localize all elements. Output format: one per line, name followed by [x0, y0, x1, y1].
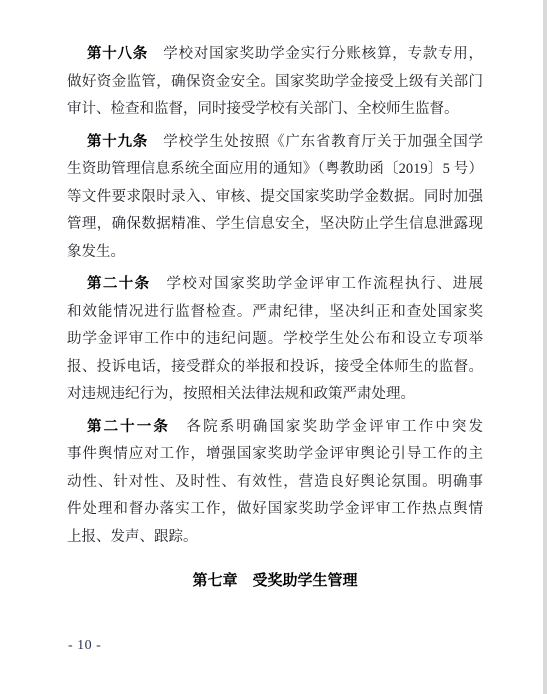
paragraph-article-21: 第二十一条 各院系明确国家奖助学金评审工作中突发 事件舆情应对工作，增强国家奖助…	[67, 414, 483, 552]
text-line: 象发生。	[67, 239, 483, 267]
chapter-heading: 第七章 受奖助学生管理	[67, 568, 483, 596]
text-line: 第二十一条 各院系明确国家奖助学金评审工作中突发	[67, 414, 483, 442]
text-line: 第十八条 学校对国家奖助学金实行分账核算，专款专用，	[67, 41, 483, 69]
text-run: 各院系明确国家奖助学金评审工作中突发	[170, 419, 483, 435]
text-run: 学校学生处按照《广东省教育厅关于加强全国学	[148, 134, 483, 150]
text-line: 做好资金监管，确保资金安全。国家奖助学金接受上级有关部门	[67, 69, 483, 97]
text-line: 等文件要求限时录入、审核、提交国家奖助学金数据。同时加强	[67, 184, 483, 212]
scan-edge-strip	[543, 0, 547, 694]
text-run: 学校对国家奖助学金评审工作流程执行、进展	[151, 276, 483, 292]
text-line: 上报、发声、跟踪。	[67, 524, 483, 552]
text-line: 助学金评审工作中的违纪问题。学校学生处公布和设立专项举	[67, 326, 483, 354]
text-line: 和效能情况进行监督检查。严肃纪律，坚决纠正和查处国家奖	[67, 299, 483, 327]
article-number: 第十八条	[87, 46, 148, 62]
document-body: 第十八条 学校对国家奖助学金实行分账核算，专款专用， 做好资金监管，确保资金安全…	[67, 41, 483, 596]
text-line: 生资助管理信息系统全面应用的通知》（粤教助函〔2019〕5 号）	[67, 156, 483, 184]
text-line: 管理，确保数据精准、学生信息安全，坚决防止学生信息泄露现	[67, 211, 483, 239]
text-run: 学校对国家奖助学金实行分账核算，专款专用，	[148, 46, 483, 62]
text-line: 对违规违纪行为，按照相关法律法规和政策严肃处理。	[67, 381, 483, 409]
text-line: 第二十条 学校对国家奖助学金评审工作流程执行、进展	[67, 271, 483, 299]
text-line: 件处理和督办落实工作，做好国家奖助学金评审工作热点舆情	[67, 496, 483, 524]
article-number: 第十九条	[87, 134, 148, 150]
paragraph-article-18: 第十八条 学校对国家奖助学金实行分账核算，专款专用， 做好资金监管，确保资金安全…	[67, 41, 483, 124]
text-line: 事件舆情应对工作，增强国家奖助学金评审舆论引导工作的主	[67, 441, 483, 469]
paragraph-article-19: 第十九条 学校学生处按照《广东省教育厅关于加强全国学 生资助管理信息系统全面应用…	[67, 129, 483, 267]
text-line: 审计、检查和监督，同时接受学校有关部门、全校师生监督。	[67, 96, 483, 124]
article-number: 第二十一条	[87, 419, 170, 435]
article-number: 第二十条	[87, 276, 151, 292]
paragraph-article-20: 第二十条 学校对国家奖助学金评审工作流程执行、进展 和效能情况进行监督检查。严肃…	[67, 271, 483, 409]
document-page: 第十八条 学校对国家奖助学金实行分账核算，专款专用， 做好资金监管，确保资金安全…	[0, 0, 549, 694]
page-number: - 10 -	[68, 638, 101, 654]
text-line: 报、投诉电话，接受群众的举报和投诉，接受全体师生的监督。	[67, 354, 483, 382]
text-line: 动性、针对性、及时性、有效性，营造良好舆论氛围。明确事	[67, 469, 483, 497]
text-line: 第十九条 学校学生处按照《广东省教育厅关于加强全国学	[67, 129, 483, 157]
